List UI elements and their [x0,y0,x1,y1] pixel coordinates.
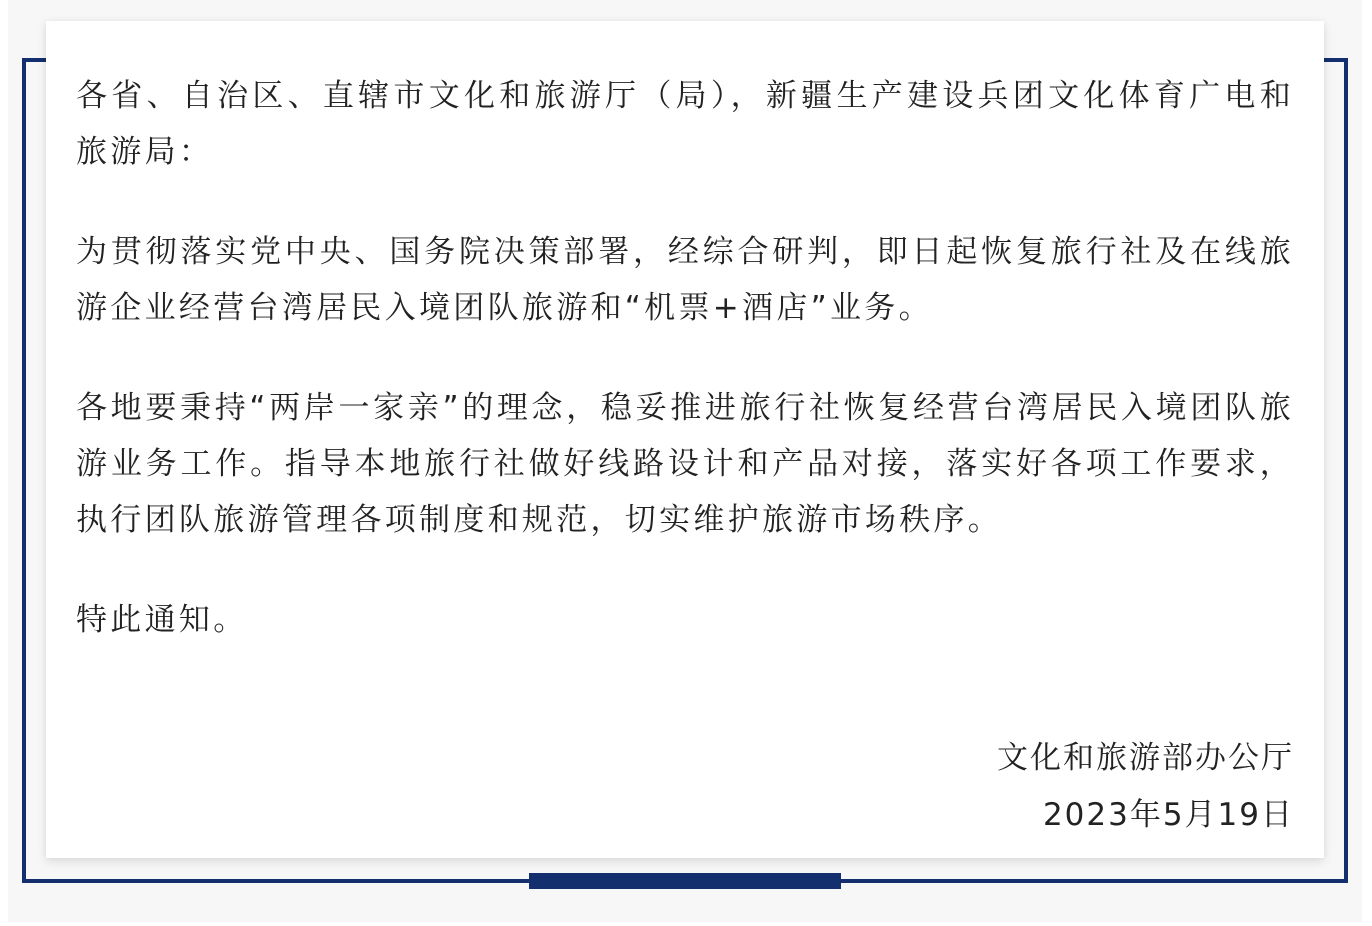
notice-paragraph-1: 为贯彻落实党中央、国务院决策部署，经综合研判，即日起恢复旅行社及在线旅游企业经营… [76,224,1294,336]
signature-issuer: 文化和旅游部办公厅 [76,730,1294,787]
signature-date: 2023年5月19日 [76,787,1294,844]
notice-paragraph-2: 各地要秉持“两岸一家亲”的理念，稳妥推进旅行社恢复经营台湾居民入境团队旅游业务工… [76,380,1294,548]
notice-card: 各省、自治区、直辖市文化和旅游厅（局），新疆生产建设兵团文化体育广电和旅游局： … [46,21,1324,858]
decorative-frame-bar [529,873,841,889]
notice-salutation: 各省、自治区、直辖市文化和旅游厅（局），新疆生产建设兵团文化体育广电和旅游局： [76,68,1294,180]
notice-closing: 特此通知。 [76,592,1294,648]
notice-signature: 文化和旅游部办公厅 2023年5月19日 [76,730,1294,844]
